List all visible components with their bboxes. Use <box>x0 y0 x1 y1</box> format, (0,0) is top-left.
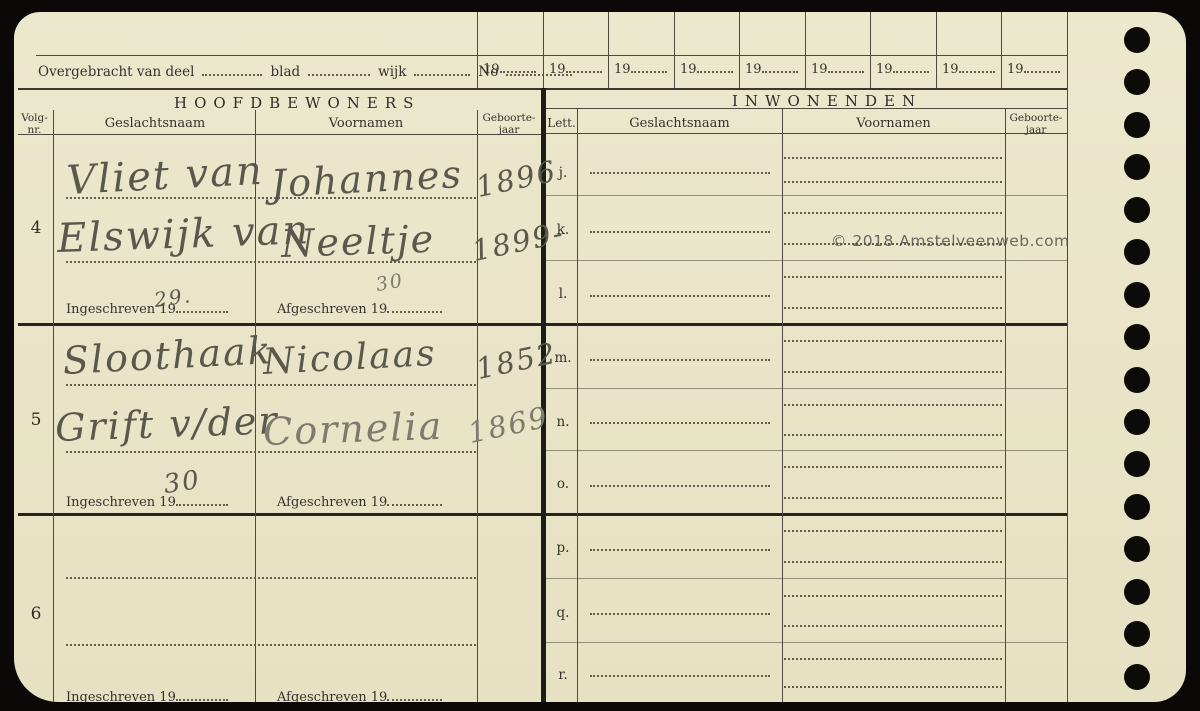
col-header-inw-geslachtsnaam: Geslachtsnaam <box>577 116 782 131</box>
entry-geslachtsnaam: Sloothaak <box>62 328 274 383</box>
col-header-geboortejaar: Geboorte- jaar <box>477 112 541 136</box>
afgeschreven-row-6: Afgeschreven 19 <box>277 688 442 702</box>
punch-hole <box>1124 282 1150 308</box>
punch-hole <box>1124 69 1150 95</box>
punch-hole <box>1124 536 1150 562</box>
writing-line <box>590 359 770 361</box>
writing-line <box>590 295 770 297</box>
left-header-underline <box>18 134 541 135</box>
writing-line <box>784 404 1002 406</box>
year-label: 19 <box>483 62 500 77</box>
lett-label: l. <box>546 286 580 302</box>
col-header-geboortejaar-line1: Geboorte- <box>477 112 541 124</box>
writing-line <box>590 675 770 677</box>
writing-line <box>784 466 1002 468</box>
col-header-lett: Lett. <box>546 116 577 130</box>
afgeschreven-label: Afgeschreven 19 <box>277 495 387 510</box>
inwonenden-row-r: r. <box>541 642 1067 702</box>
writing-line <box>784 307 1002 309</box>
year-cell: 19 <box>1007 60 1060 77</box>
dotted-fill <box>828 60 864 73</box>
year-label: 19 <box>942 62 959 77</box>
punch-hole <box>1124 27 1150 53</box>
grid-line <box>674 12 675 88</box>
col-header-inw-geboortejaar-line2: jaar <box>1005 124 1067 136</box>
dotted-fill <box>308 63 370 76</box>
dotted-fill <box>176 688 228 701</box>
entry-voornamen: Neeltje <box>280 217 435 266</box>
inwonenden-row-l: l. <box>541 260 1067 323</box>
hoofdbewoners-title: HOOFDBEWONERS <box>174 94 420 112</box>
dotted-fill <box>697 60 733 73</box>
dotted-fill <box>387 493 442 506</box>
right-header-underline <box>541 133 1067 134</box>
entry-geslachtsnaam: Elswijk van <box>56 207 311 262</box>
writing-line <box>590 549 770 551</box>
inwonenden-row-n: n. <box>541 388 1067 450</box>
afgeschreven-row-4: Afgeschreven 19 <box>277 300 442 317</box>
dotted-fill <box>387 688 442 701</box>
col-header-inw-voornamen: Voornamen <box>782 116 1005 131</box>
writing-line <box>784 497 1002 499</box>
dotted-fill <box>566 60 602 73</box>
dotted-fill <box>762 60 798 73</box>
grid-line <box>936 12 937 88</box>
inwonenden-row-o: o. <box>541 450 1067 513</box>
year-cell: 19 <box>680 60 733 77</box>
writing-line <box>66 644 476 646</box>
punch-hole <box>1124 664 1150 690</box>
afgeschreven-row-5: Afgeschreven 19 <box>277 493 442 510</box>
inwonenden-row-p: p. <box>541 513 1067 578</box>
writing-line <box>784 530 1002 532</box>
population-register-card: Overgebracht van deel blad wijk No 19 19… <box>14 12 1186 702</box>
year-cell: 19 <box>614 60 667 77</box>
year-cell: 19 <box>483 60 536 77</box>
punch-hole <box>1124 154 1150 180</box>
lett-label: j. <box>546 165 580 181</box>
punch-hole <box>1124 324 1150 350</box>
lett-label: k. <box>546 222 580 238</box>
punch-hole <box>1124 367 1150 393</box>
col-header-volgnr-line1: Volg- <box>16 112 53 124</box>
year-label: 19 <box>1007 62 1024 77</box>
writing-line <box>784 686 1002 688</box>
col-header-geslachtsnaam: Geslachtsnaam <box>55 116 255 131</box>
entry-geslachtsnaam: Vliet van <box>66 148 265 204</box>
inwonenden-row-j: j. <box>541 143 1067 195</box>
writing-line <box>784 595 1002 597</box>
inwonenden-row-q: q. <box>541 578 1067 642</box>
col-line-voornamen <box>477 110 478 702</box>
punch-hole <box>1124 494 1150 520</box>
writing-line <box>784 371 1002 373</box>
grid-line <box>608 12 609 88</box>
writing-line <box>784 561 1002 563</box>
blad-label: blad <box>270 64 300 80</box>
year-label: 19 <box>549 62 566 77</box>
year-label: 19 <box>680 62 697 77</box>
dotted-fill <box>893 60 929 73</box>
volgnr-6: 6 <box>22 604 50 624</box>
ingeschreven-row-4: Ingeschreven 19 <box>66 300 228 317</box>
entry-voornamen: Nicolaas <box>262 333 438 383</box>
dotted-fill <box>500 60 536 73</box>
writing-line <box>784 434 1002 436</box>
dotted-fill <box>959 60 995 73</box>
volgnr-4: 4 <box>22 218 50 238</box>
writing-line <box>784 625 1002 627</box>
writing-line <box>784 212 1002 214</box>
inwonenden-row-m: m. <box>541 323 1067 388</box>
year-cell: 19 <box>549 60 602 77</box>
lett-label: p. <box>546 540 580 556</box>
ingeschreven-label: Ingeschreven 19 <box>66 690 176 702</box>
ingeschreven-row-6: Ingeschreven 19 <box>66 688 228 702</box>
col-header-volgnr: Volg- nr. <box>16 112 53 136</box>
year-label: 19 <box>614 62 631 77</box>
lett-label: r. <box>546 667 580 683</box>
dotted-fill <box>1024 60 1060 73</box>
col-header-voornamen: Voornamen <box>255 116 477 131</box>
top-rule <box>36 55 1067 56</box>
writing-line <box>590 485 770 487</box>
grid-line <box>739 12 740 88</box>
scan-background: Overgebracht van deel blad wijk No 19 19… <box>0 0 1200 711</box>
entry-geslachtsnaam: Grift v/der <box>54 398 279 450</box>
volgnr-5: 5 <box>22 410 50 430</box>
dotted-fill <box>414 63 470 76</box>
col-header-volgnr-line2: nr. <box>16 124 53 136</box>
punch-hole <box>1124 409 1150 435</box>
writing-line <box>784 181 1002 183</box>
col-header-geboortejaar-line2: jaar <box>477 124 541 136</box>
ingeschreven-jaar-value: 30 <box>162 465 203 500</box>
inwonenden-row-k: k. <box>541 195 1067 260</box>
writing-line <box>66 577 476 579</box>
year-label: 19 <box>745 62 762 77</box>
punch-hole <box>1124 197 1150 223</box>
table-right-edge <box>1067 12 1068 702</box>
lett-label: n. <box>546 414 580 430</box>
punch-hole <box>1124 112 1150 138</box>
year-cell: 19 <box>942 60 995 77</box>
lett-label: q. <box>546 605 580 621</box>
writing-line <box>784 276 1002 278</box>
punch-hole <box>1124 621 1150 647</box>
afgeschreven-jaar-value: 30 <box>374 269 406 296</box>
afgeschreven-label: Afgeschreven 19 <box>277 690 387 702</box>
ingeschreven-row-5: Ingeschreven 19 <box>66 493 228 510</box>
year-label: 19 <box>876 62 893 77</box>
inwonenden-title: INWONENDEN <box>732 92 922 110</box>
overgebracht-label: Overgebracht van deel <box>38 64 194 80</box>
col-header-inw-geboortejaar-line1: Geboorte- <box>1005 112 1067 124</box>
writing-line <box>590 172 770 174</box>
dotted-fill <box>387 300 442 313</box>
year-cell: 19 <box>745 60 798 77</box>
writing-line <box>590 613 770 615</box>
lett-label: o. <box>546 476 580 492</box>
writing-line <box>784 157 1002 159</box>
ingeschreven-label: Ingeschreven 19 <box>66 495 176 510</box>
grid-line <box>870 12 871 88</box>
lett-label: m. <box>546 350 580 366</box>
afgeschreven-label: Afgeschreven 19 <box>277 302 387 317</box>
punch-hole <box>1124 451 1150 477</box>
writing-line <box>590 231 770 233</box>
dotted-fill <box>631 60 667 73</box>
grid-line <box>1001 12 1002 88</box>
punch-hole <box>1124 239 1150 265</box>
writing-line <box>66 384 476 386</box>
punch-hole <box>1124 579 1150 605</box>
year-label: 19 <box>811 62 828 77</box>
wijk-label: wijk <box>378 64 406 80</box>
entry-voornamen: Cornelia <box>262 404 443 454</box>
dotted-fill <box>202 63 262 76</box>
writing-line <box>784 340 1002 342</box>
writing-line <box>784 658 1002 660</box>
year-cell: 19 <box>811 60 864 77</box>
writing-line <box>590 422 770 424</box>
col-header-inw-geboortejaar: Geboorte- jaar <box>1005 112 1067 136</box>
year-cell: 19 <box>876 60 929 77</box>
watermark: © 2018 Amstelveenweb.com <box>831 232 1070 250</box>
grid-line <box>805 12 806 88</box>
